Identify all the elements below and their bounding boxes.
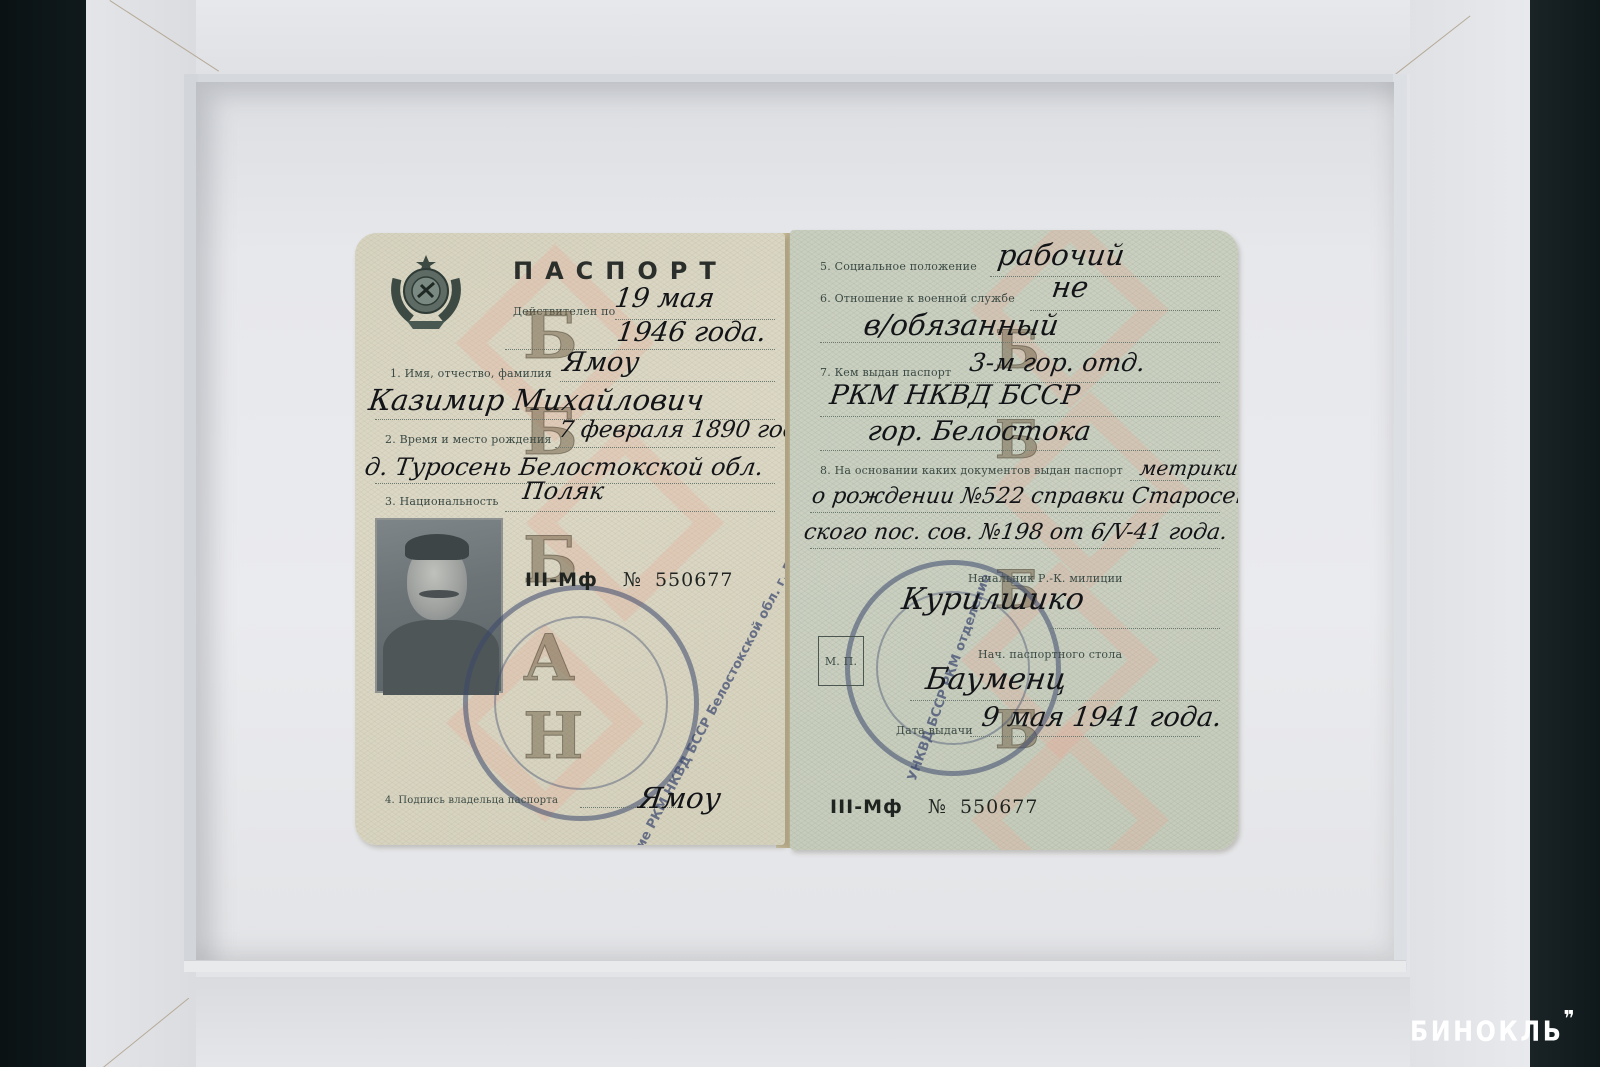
quote-mark-icon: ❞ xyxy=(1563,1007,1574,1032)
field-1-label: 1. Имя, отчество, фамилия xyxy=(390,367,552,380)
binokl-watermark-logo: БИНОКЛЬ❞ xyxy=(1410,1011,1574,1047)
series-number-right: III-Мф № 550677 xyxy=(830,796,1038,818)
field-5-value: рабочий xyxy=(996,238,1127,272)
ussr-emblem-icon xyxy=(383,249,469,335)
issue-date-value: 9 мая 1941 года. xyxy=(980,702,1224,733)
dark-wall-left xyxy=(0,0,86,1067)
field-6-label: 6. Отношение к военной службе xyxy=(820,292,1015,305)
passport-right-page: Б Б Б Б 5. Социальное положение рабочий … xyxy=(790,230,1238,850)
field-5-label: 5. Социальное положение xyxy=(820,260,977,273)
passport-title: ПАСПОРТ xyxy=(513,257,728,285)
field-2-value-date: 7 февраля 1890 года xyxy=(557,417,785,443)
chief-signature: Курилшико xyxy=(900,582,1087,617)
passport-desk-signature: Бауменц xyxy=(924,662,1070,697)
field-8-value-3: ского пос. сов. №198 от 6/V-41 года. xyxy=(802,520,1229,545)
field-7-value-3: гор. Белостока xyxy=(866,416,1093,447)
field-1-value-name: Казимир Михайлович xyxy=(367,383,707,417)
seal-place-box: М. П. xyxy=(818,636,864,686)
field-8-value-2: о рождении №522 справки Старосен- xyxy=(810,484,1238,509)
field-7-value-1: 3-м гор. отд. xyxy=(968,348,1147,377)
issue-date-label: Дата выдачи xyxy=(896,724,973,737)
field-2-label: 2. Время и место рождения xyxy=(385,433,552,446)
dark-wall-right xyxy=(1530,0,1600,1067)
field-7-value-2: РКМ НКВД БССР xyxy=(828,380,1082,411)
passport-desk-label: Нач. паспортного стола xyxy=(978,648,1122,661)
field-3-label: 3. Национальность xyxy=(385,495,499,508)
field-1-value-surname: Ямоу xyxy=(561,347,641,378)
field-3-value: Поляк xyxy=(521,477,606,505)
owner-signature: Ямоу xyxy=(637,781,724,815)
series-number-left: III-Мф № 550677 xyxy=(525,569,733,591)
field-6-value-2: в/обязанный xyxy=(862,308,1061,342)
field-6-value-1: не xyxy=(1050,270,1091,304)
field-8-value-1: метрики xyxy=(1138,456,1238,480)
valid-until-value-2: 1946 года. xyxy=(615,317,768,348)
valid-until-value-1: 19 мая xyxy=(613,283,717,314)
passport-left-page: ПАСПОРТ Действителен по 19 мая 1946 года… xyxy=(355,233,785,845)
signature-label: 4. Подпись владельца паспорта xyxy=(385,795,558,806)
field-8-label: 8. На основании каких документов выдан п… xyxy=(820,464,1123,477)
field-7-label: 7. Кем выдан паспорт xyxy=(820,366,951,379)
seal-place-label: М. П. xyxy=(825,655,857,668)
